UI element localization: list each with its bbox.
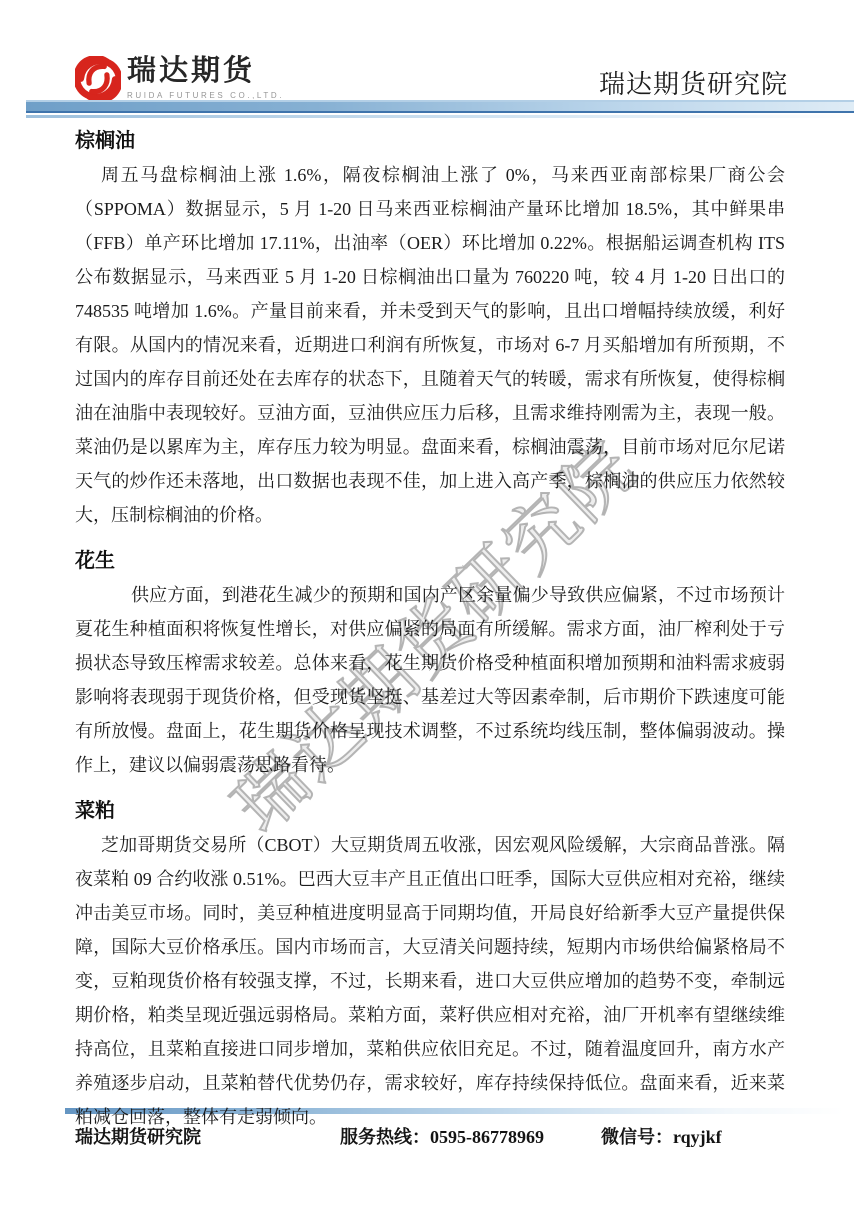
section-paragraph-rapeseed-meal: 芝加哥期货交易所（CBOT）大豆期货周五收涨，因宏观风险缓解，大宗商品普涨。隔夜… bbox=[75, 828, 785, 1134]
ruida-logo-icon bbox=[75, 56, 121, 102]
section-rapeseed-meal: 菜粕 芝加哥期货交易所（CBOT）大豆期货周五收涨，因宏观风险缓解，大宗商品普涨… bbox=[75, 800, 785, 1134]
header-title: 瑞达期货研究院 bbox=[599, 64, 788, 102]
section-paragraph-peanut: 供应方面，到港花生减少的预期和国内产区余量偏少导致供应偏紧，不过市场预计夏花生种… bbox=[75, 578, 785, 782]
section-heading-peanut: 花生 bbox=[75, 550, 785, 572]
section-peanut: 花生 供应方面，到港花生减少的预期和国内产区余量偏少导致供应偏紧，不过市场预计夏… bbox=[75, 550, 785, 782]
section-heading-rapeseed-meal: 菜粕 bbox=[75, 800, 785, 822]
brand-text-block: 瑞达期货 RUIDA FUTURES CO.,LTD. bbox=[127, 54, 284, 100]
page-header: 瑞达期货 RUIDA FUTURES CO.,LTD. 瑞达期货研究院 bbox=[75, 44, 788, 102]
header-divider-bar bbox=[26, 100, 854, 113]
section-palm-oil: 棕榈油 周五马盘棕榈油上涨 1.6%，隔夜棕榈油上涨了 0%，马来西亚南部棕果厂… bbox=[75, 130, 785, 532]
brand-name-cn: 瑞达期货 bbox=[127, 54, 284, 88]
report-body: 棕榈油 周五马盘棕榈油上涨 1.6%，隔夜棕榈油上涨了 0%，马来西亚南部棕果厂… bbox=[75, 116, 785, 1134]
section-paragraph-palm-oil: 周五马盘棕榈油上涨 1.6%，隔夜棕榈油上涨了 0%，马来西亚南部棕果厂商公会（… bbox=[75, 158, 785, 532]
brand-name-en: RUIDA FUTURES CO.,LTD. bbox=[127, 91, 284, 100]
section-heading-palm-oil: 棕榈油 bbox=[75, 130, 785, 152]
document-page: 瑞达期货 RUIDA FUTURES CO.,LTD. 瑞达期货研究院 瑞达期货… bbox=[0, 0, 860, 1217]
brand-logo: 瑞达期货 RUIDA FUTURES CO.,LTD. bbox=[75, 54, 284, 102]
